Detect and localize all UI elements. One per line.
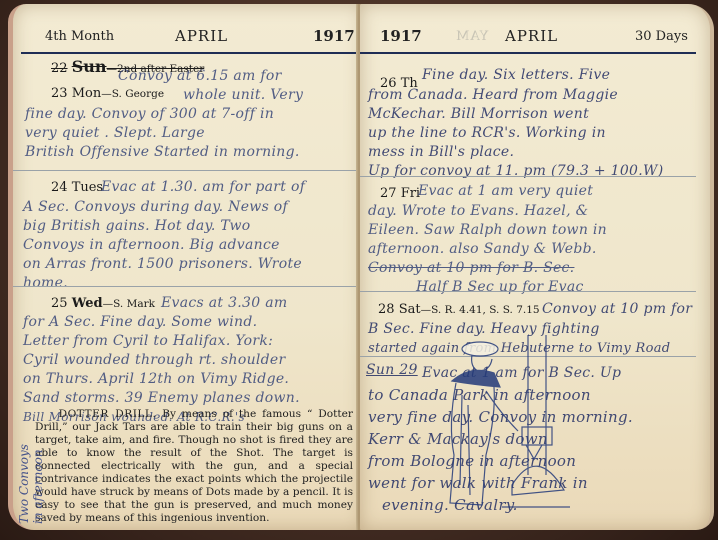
days-in-month-label: 30 Days: [635, 29, 688, 44]
right-page-header: 1917 YAM APRIL 30 Days: [360, 24, 710, 52]
entry-divider-28: [360, 291, 696, 292]
handwriting-26-body: from Canada. Heard from Maggie McKechar.…: [368, 86, 663, 181]
year-label: 1917: [313, 27, 355, 45]
handwriting-28-line1: Convoy at 10 pm for: [542, 300, 692, 319]
month-name-label: APRIL: [505, 27, 558, 45]
month-name-label: APRIL: [175, 27, 228, 45]
entry-divider-25: [13, 286, 363, 287]
sailor-illustration: [442, 335, 572, 510]
left-page-header: 4th Month APRIL 1917: [13, 24, 363, 52]
handwritten-date-29: Sun 29: [366, 361, 418, 380]
handwriting-25-line1: Evacs at 3.30 am: [161, 294, 287, 313]
handwriting-24-body: A Sec. Convoys during day. News of big B…: [23, 198, 302, 293]
handwriting-27-line1: Evac at 1 am very quiet: [418, 182, 593, 201]
date-label-23: 23 Mon—S. George: [51, 86, 164, 101]
date-label-27: 27 Fri: [380, 186, 420, 201]
header-rule: [360, 52, 696, 54]
margin-note: Two Convoys in afternoon: [17, 444, 45, 524]
handwriting-23-line2: whole unit. Very: [183, 86, 303, 105]
handwriting-24-line1: Evac at 1.30. am for part of: [101, 178, 305, 197]
bleed-through-text: YAM: [455, 29, 488, 44]
month-number-label: 4th Month: [45, 29, 114, 44]
left-page: 4th Month APRIL 1917 22 Sun—2nd after Ea…: [8, 4, 363, 530]
article-title: DOTTER DRILL.: [59, 408, 157, 420]
date-label-28: 28 Sat—S. R. 4.41, S. S. 7.15: [378, 302, 540, 317]
entry-divider-24: [13, 170, 363, 171]
handwriting-23-body: fine day. Convoy of 300 at 7-off in very…: [25, 105, 300, 162]
handwriting-27-body: day. Wrote to Evans. Hazel, & Eileen. Sa…: [368, 202, 607, 297]
dotter-drill-article: DOTTER DRILL. By means of the famous “ D…: [35, 408, 353, 525]
entry-divider-27: [360, 176, 696, 177]
article-body: By means of the famous “ Dotter Drill,” …: [35, 408, 353, 524]
handwriting-26-line1: Fine day. Six letters. Five: [422, 66, 610, 85]
header-rule: [21, 52, 357, 54]
date-label-25: 25 Wed—S. Mark: [51, 296, 155, 311]
year-label: 1917: [380, 27, 422, 45]
date-label-24: 24 Tues: [51, 180, 103, 195]
handwriting-23-line1: Convoy at 6.15 am for: [118, 67, 282, 86]
